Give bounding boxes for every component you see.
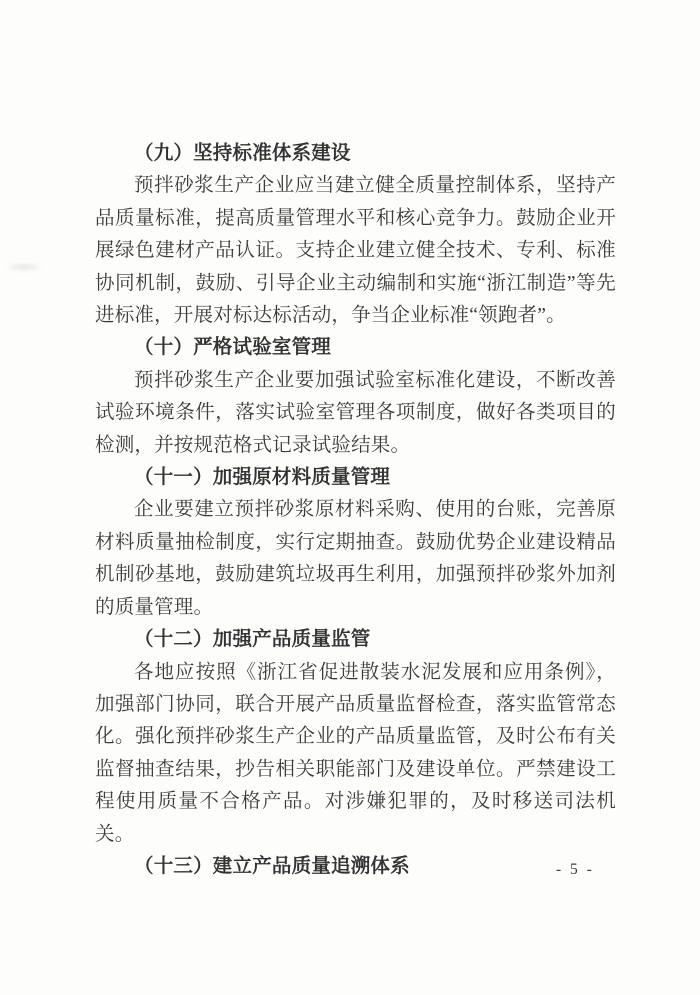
page-number: - 5 - [556,861,594,879]
scan-smudge [4,262,44,272]
section-12-paragraph: 各地应按照《浙江省促进散装水泥发展和应用条例》，加强部门协同，联合开展产品质量监… [95,657,616,851]
section-heading-11: （十一）加强原材料质量管理 [95,462,616,494]
document-body: （九）坚持标准体系建设 预拌砂浆生产企业应当建立健全质量控制体系，坚持产品质量标… [95,138,616,883]
section-heading-12: （十二）加强产品质量监管 [95,624,616,656]
document-page: （九）坚持标准体系建设 预拌砂浆生产企业应当建立健全质量控制体系，坚持产品质量标… [0,0,700,995]
section-11-paragraph: 企业要建立预拌砂浆原材料采购、使用的台账，完善原材料质量抽检制度，实行定期抽查。… [95,494,616,624]
section-heading-9: （九）坚持标准体系建设 [95,138,616,170]
section-heading-10: （十）严格试验室管理 [95,332,616,364]
section-10-paragraph: 预拌砂浆生产企业要加强试验室标准化建设，不断改善试验环境条件，落实试验室管理各项… [95,365,616,462]
section-heading-13: （十三）建立产品质量追溯体系 [95,851,616,883]
section-9-paragraph: 预拌砂浆生产企业应当建立健全质量控制体系，坚持产品质量标准，提高质量管理水平和核… [95,170,616,332]
